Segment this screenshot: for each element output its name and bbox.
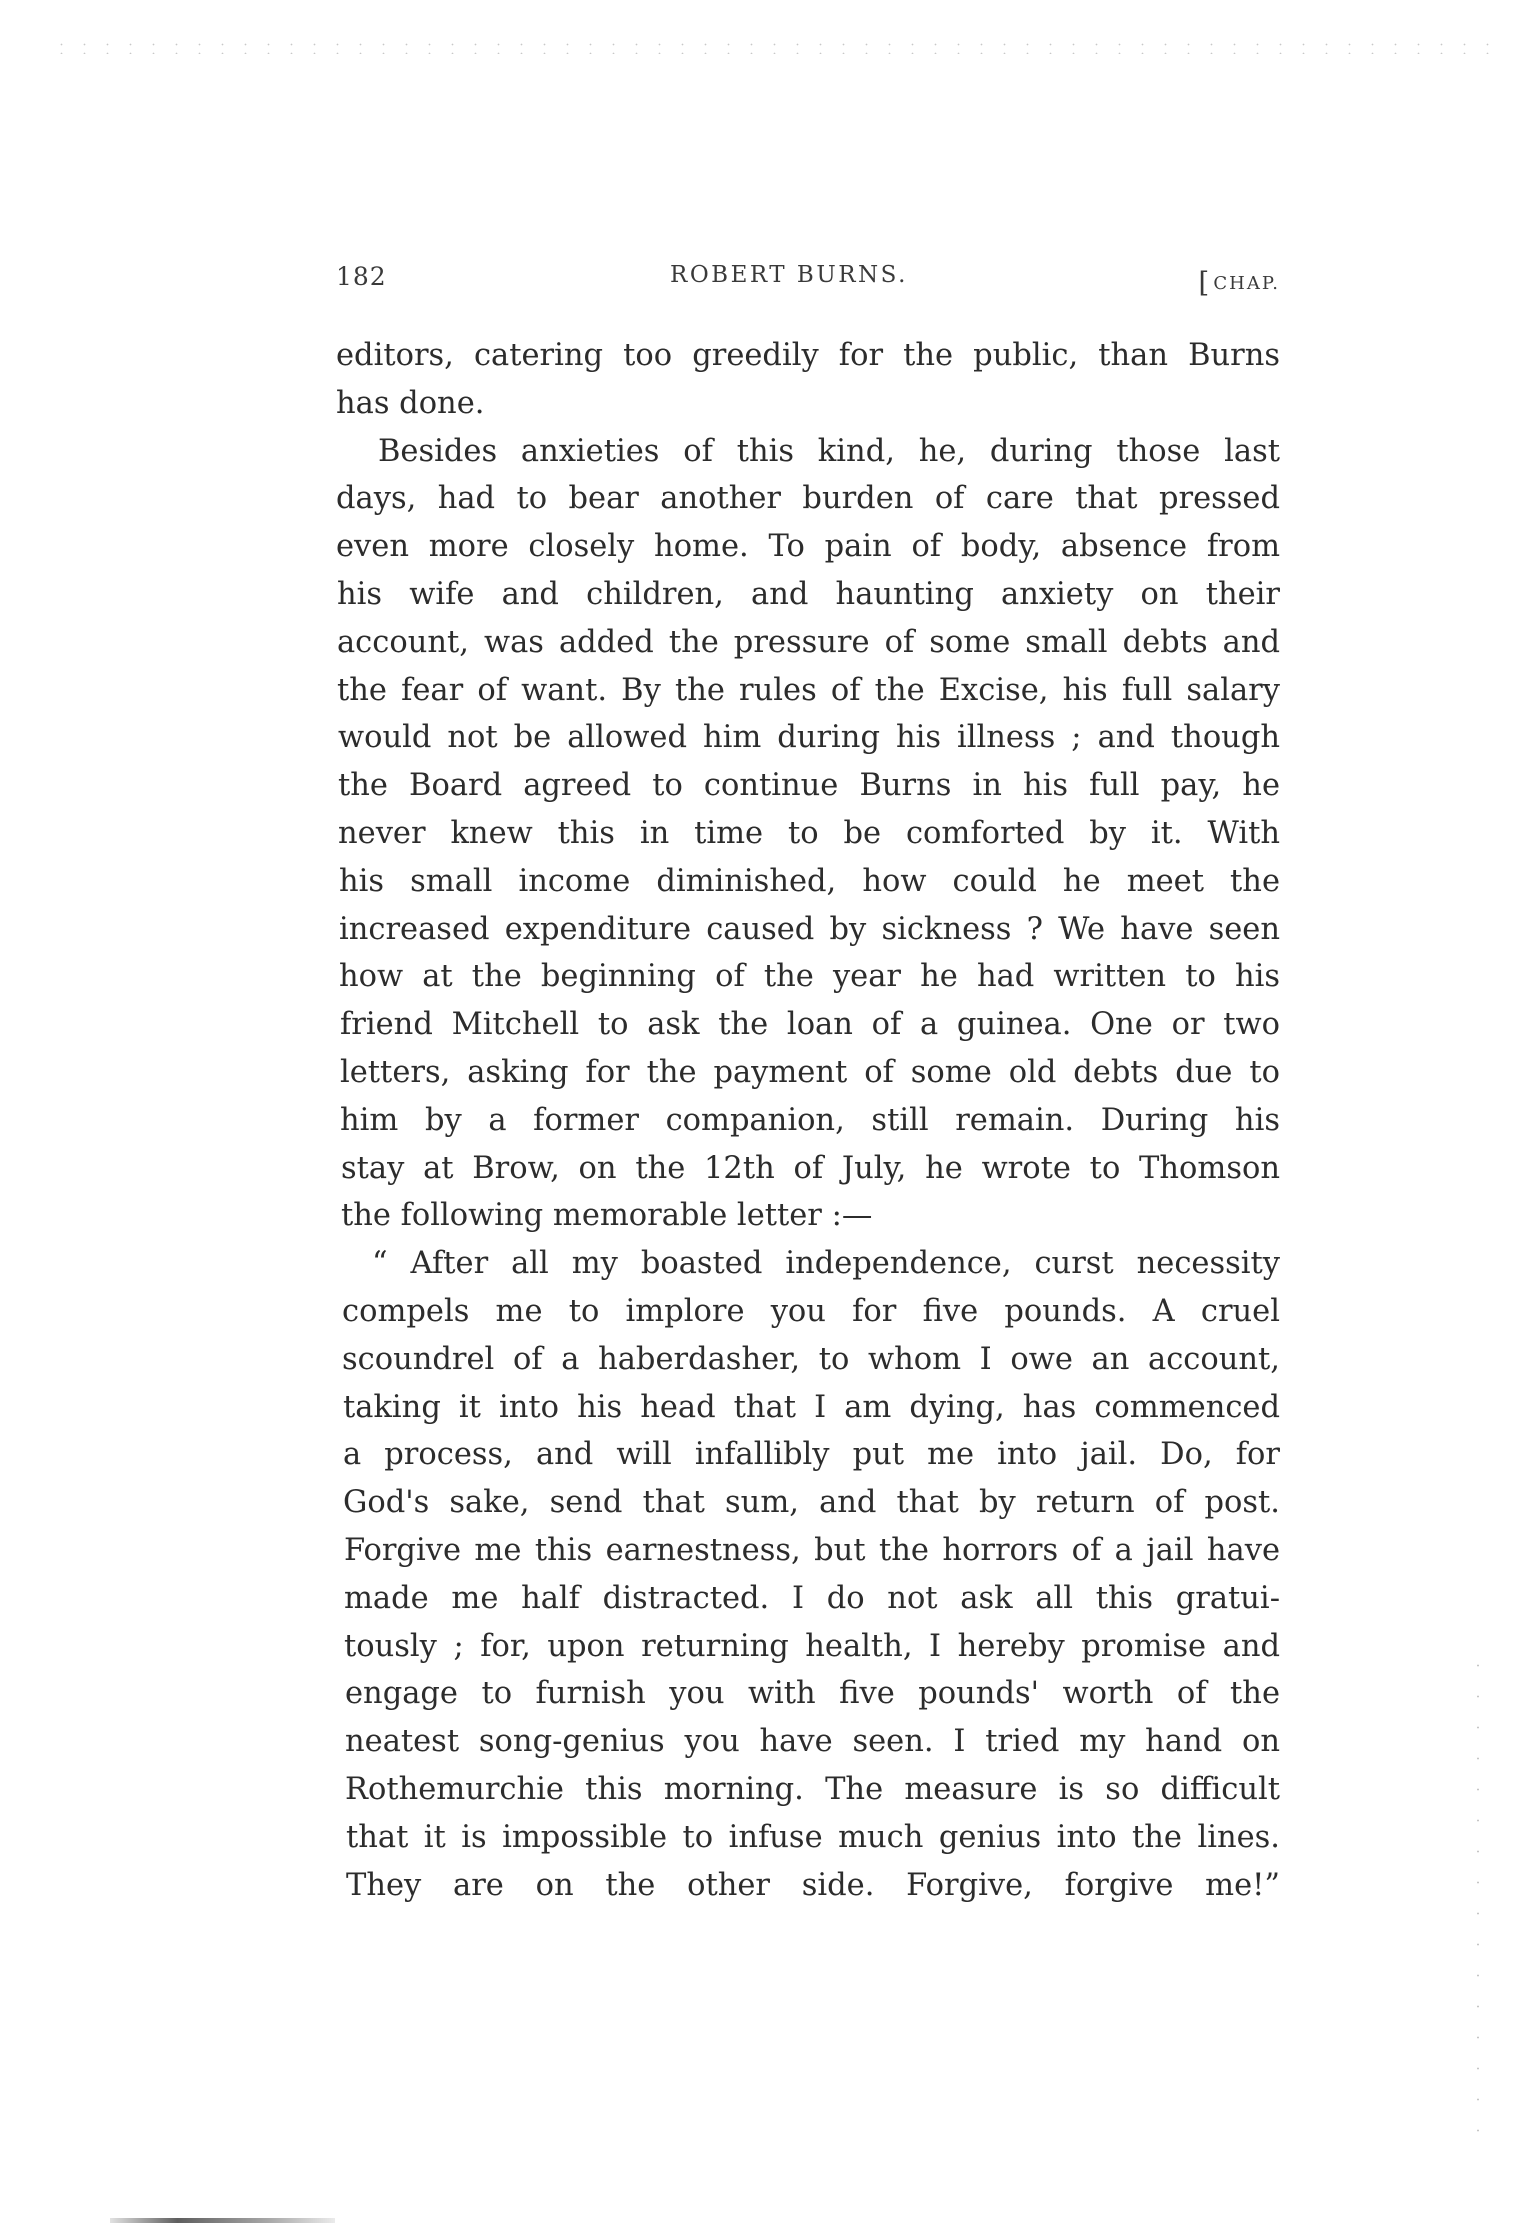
scan-artifact-bottom: [110, 2218, 335, 2223]
chapter-label: CHAP.: [1213, 273, 1280, 294]
quoted-letter-line: Forgive me this earnestness, but the hor…: [344, 1527, 1280, 1575]
page-header: 182 ROBERT BURNS. [CHAP.: [336, 262, 1280, 294]
quoted-letter-line: God's sake, send that sum, and that by r…: [343, 1479, 1280, 1527]
scan-noise-top: [50, 40, 1490, 54]
text-line: him by a former companion, still remain.…: [340, 1097, 1280, 1145]
text-line: days, had to bear another burden of care…: [336, 475, 1280, 523]
page-number: 182: [336, 262, 387, 291]
chapter-mark: [CHAP.: [1198, 262, 1280, 299]
quoted-letter-line: taking it into his head that I am dying,…: [343, 1384, 1280, 1432]
text-line: would not be allowed him during his illn…: [338, 714, 1280, 762]
text-line: has done.: [336, 380, 1280, 428]
chapter-bracket: [: [1198, 266, 1211, 299]
body-text: editors, catering too greedily for the p…: [336, 332, 1280, 1909]
text-line: how at the beginning of the year he had …: [339, 953, 1280, 1001]
quoted-letter-line: “ After all my boasted independence, cur…: [342, 1240, 1280, 1288]
quoted-letter-line: that it is impossible to infuse much gen…: [346, 1814, 1280, 1862]
text-line: his small income diminished, how could h…: [339, 858, 1280, 906]
text-line: Besides anxieties of this kind, he, duri…: [336, 428, 1280, 476]
quoted-letter-line: They are on the other side. Forgive, for…: [346, 1862, 1280, 1910]
text-line: the Board agreed to continue Burns in hi…: [338, 762, 1280, 810]
quoted-letter-line: made me half distracted. I do not ask al…: [344, 1575, 1280, 1623]
quoted-letter-line: engage to furnish you with five pounds' …: [345, 1670, 1280, 1718]
quoted-letter-line: compels me to implore you for five pound…: [342, 1288, 1280, 1336]
text-line: letters, asking for the payment of some …: [340, 1049, 1280, 1097]
text-line: the following memorable letter :—: [341, 1192, 1280, 1240]
text-line: editors, catering too greedily for the p…: [336, 332, 1280, 380]
running-title: ROBERT BURNS.: [670, 262, 908, 288]
quoted-letter-line: Rothemurchie this morning. The measure i…: [345, 1766, 1280, 1814]
text-line: even more closely home. To pain of body,…: [336, 523, 1280, 571]
text-line: account, was added the pressure of some …: [337, 619, 1280, 667]
quoted-letter-line: scoundrel of a haberdasher, to whom I ow…: [342, 1336, 1280, 1384]
quoted-letter-line: neatest song-genius you have seen. I tri…: [345, 1718, 1280, 1766]
quoted-letter-line: a process, and will infallibly put me in…: [343, 1431, 1280, 1479]
text-line: his wife and children, and haunting anxi…: [337, 571, 1280, 619]
text-line: increased expenditure caused by sickness…: [339, 906, 1280, 954]
scan-dust-right: [1476, 1650, 1480, 2150]
text-line: stay at Brow, on the 12th of July, he wr…: [341, 1145, 1280, 1193]
text-line: never knew this in time to be comforted …: [338, 810, 1280, 858]
text-line: the fear of want. By the rules of the Ex…: [337, 667, 1280, 715]
text-line: friend Mitchell to ask the loan of a gui…: [340, 1001, 1280, 1049]
quoted-letter-line: tously ; for, upon returning health, I h…: [344, 1623, 1280, 1671]
